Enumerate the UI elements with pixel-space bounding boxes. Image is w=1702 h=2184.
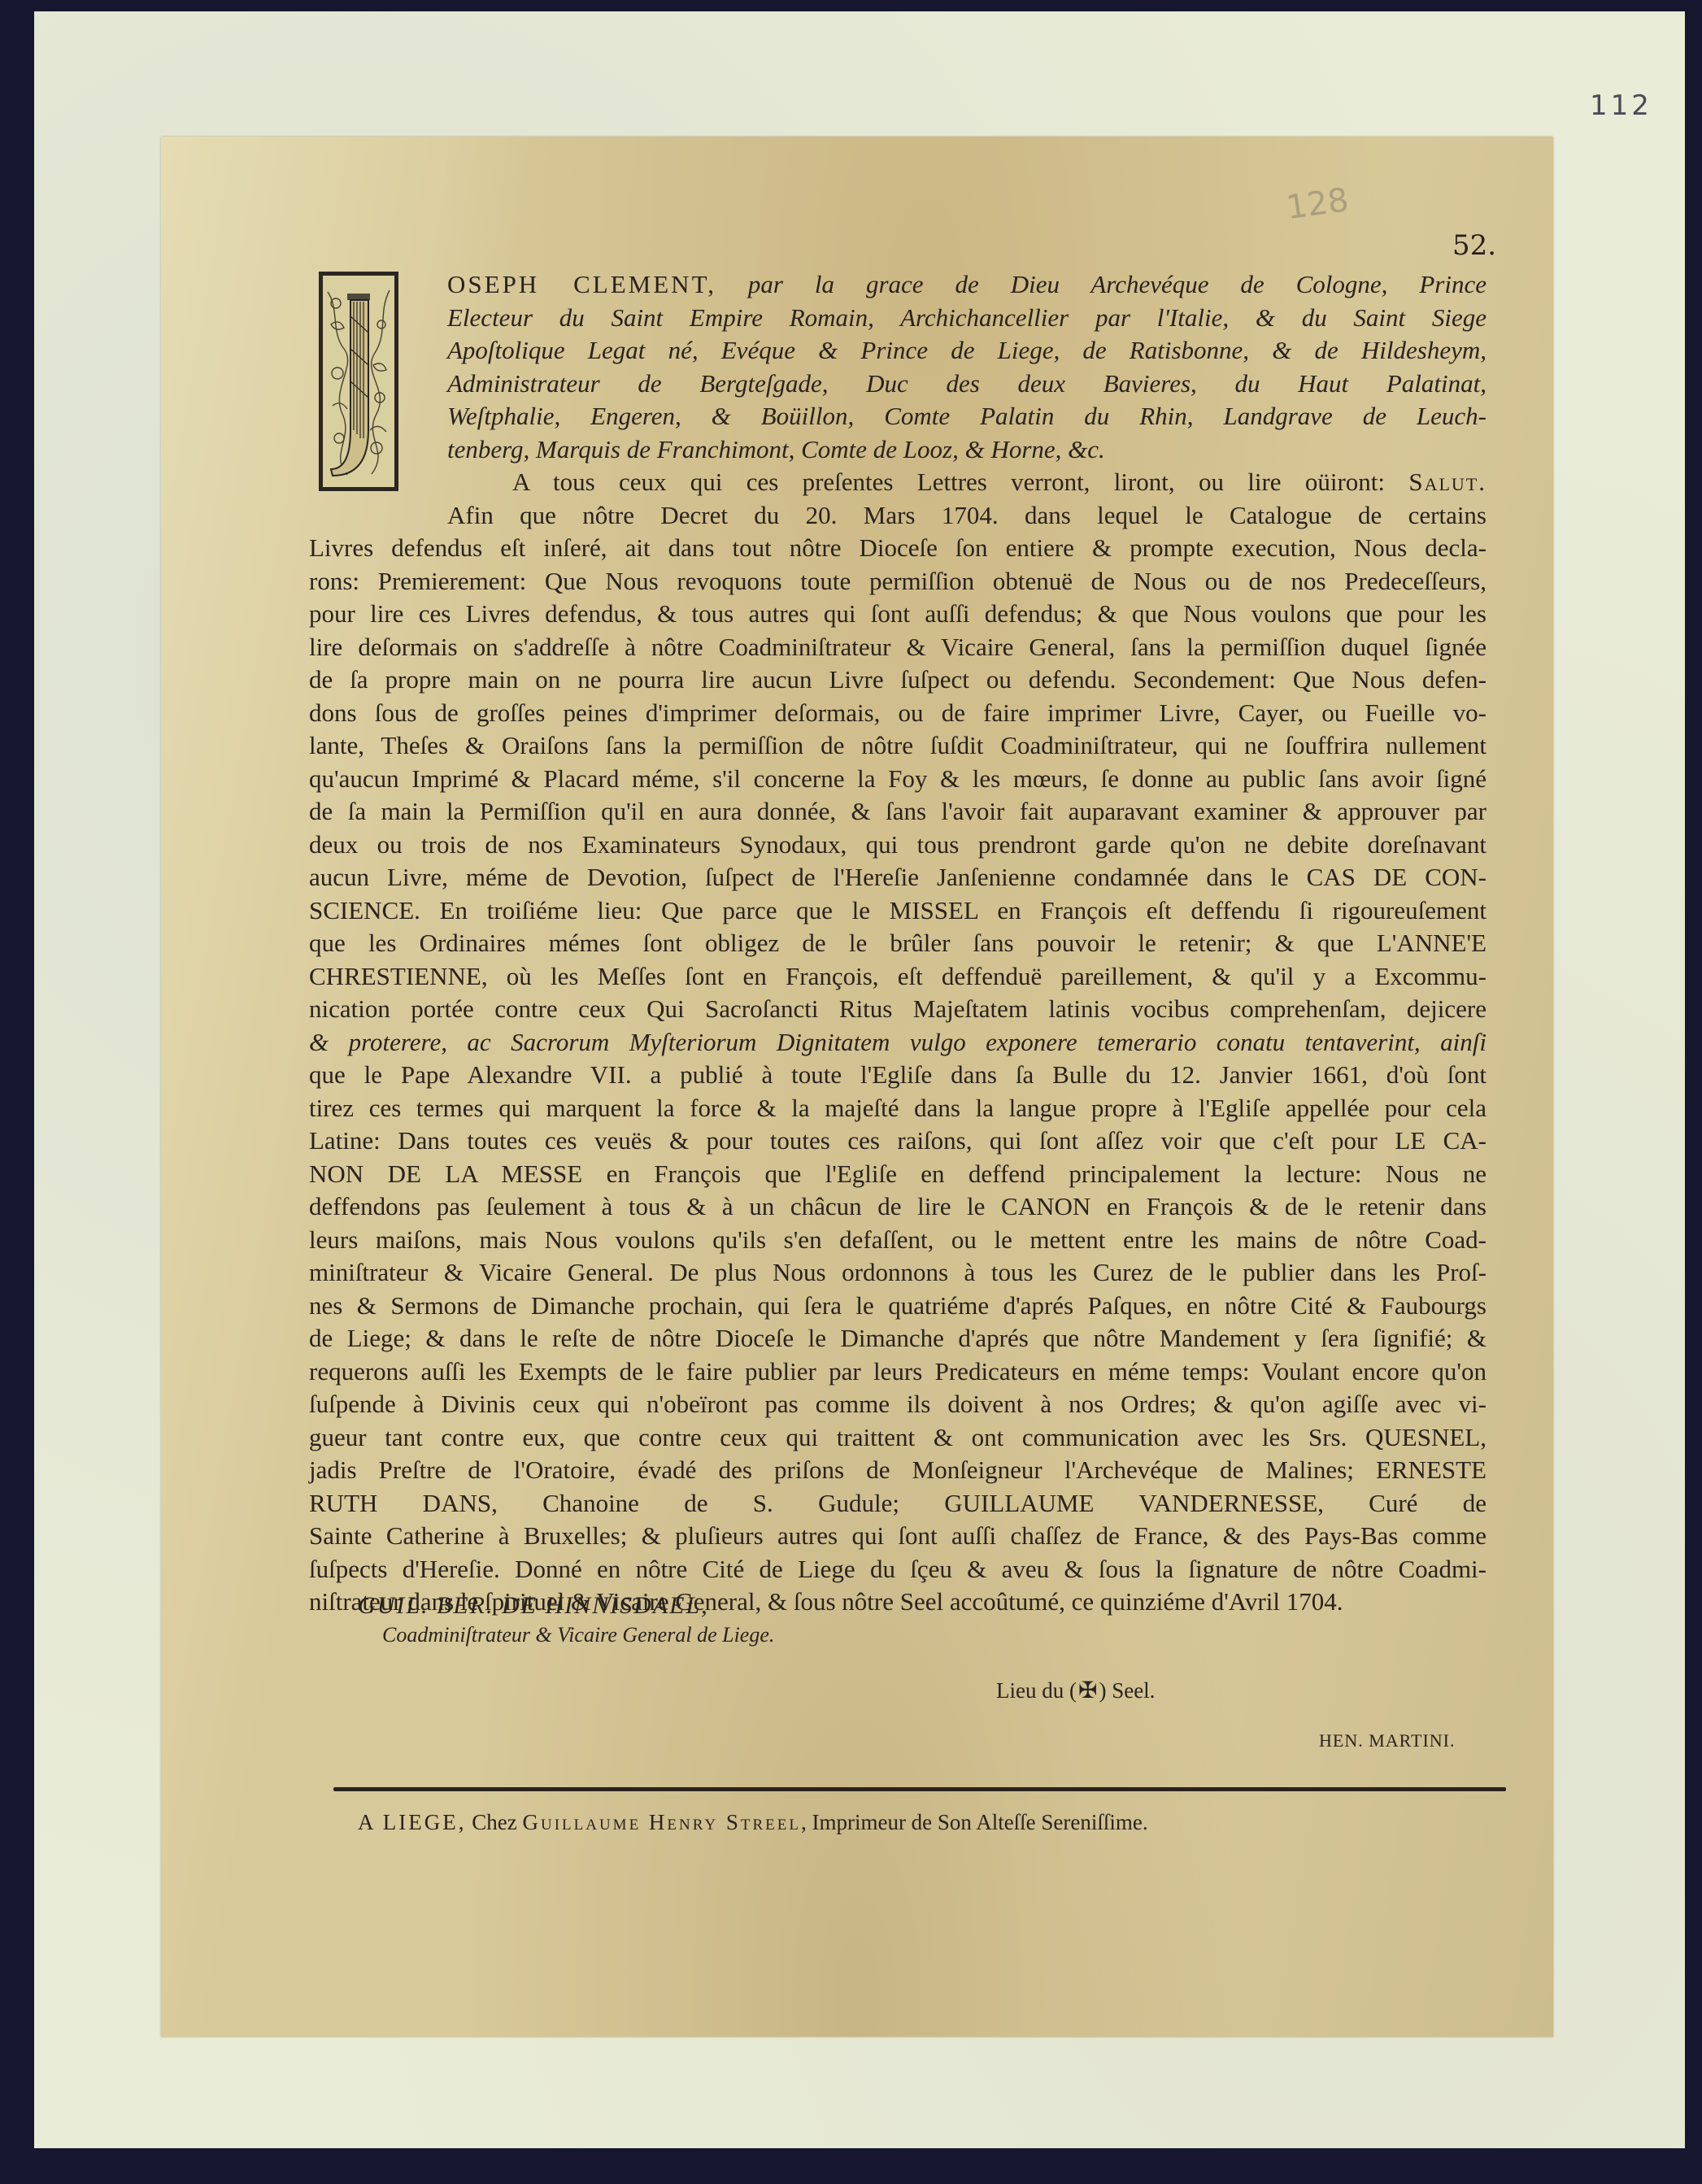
printer-imprint: A LIEGE, Chez Guillaume Henry Streel, Im… bbox=[358, 1810, 1148, 1835]
salutation-text: A tous ceux qui ces preſentes Lettres ve… bbox=[512, 468, 1408, 496]
heading-line: tenberg, Marquis de Franchimont, Comte d… bbox=[447, 433, 1487, 467]
body-line: lante, Theſes & Oraiſons ſans la permiſſ… bbox=[309, 729, 1487, 763]
body-line: tirez ces termes qui marquent la force &… bbox=[309, 1092, 1487, 1125]
divider-rule bbox=[333, 1787, 1506, 1791]
body-line: deux ou trois de nos Examinateurs Synoda… bbox=[309, 829, 1487, 862]
body-line: rons: Premierement: Que Nous revoquons t… bbox=[309, 565, 1487, 598]
body-line: nes & Sermons de Dimanche prochain, qui … bbox=[309, 1290, 1487, 1323]
heading: OSEPH CLEMENT, par la grace de Dieu Arch… bbox=[309, 268, 1487, 466]
archbishop-name: OSEPH CLEMENT, bbox=[447, 270, 716, 298]
heading-line: Weſtphalie, Engeren, & Boüillon, Comte P… bbox=[447, 400, 1487, 433]
heading-line: Administrateur de Bergteſgade, Duc des d… bbox=[447, 368, 1487, 401]
salutation: A tous ceux qui ces preſentes Lettres ve… bbox=[309, 466, 1487, 499]
body-line: qu'aucun Imprimé & Placard méme, s'il co… bbox=[309, 763, 1487, 796]
body-line: CHRESTIENNE, où les Meſſes ſont en Franç… bbox=[309, 960, 1487, 994]
heading-line: OSEPH CLEMENT, par la grace de Dieu Arch… bbox=[447, 268, 1487, 302]
seal-text-before: Lieu du ( bbox=[996, 1678, 1077, 1703]
body-line: nication portée contre ceux Qui Sacroſan… bbox=[309, 993, 1487, 1026]
salut-word: Salut. bbox=[1408, 468, 1487, 496]
body-line: que le Pape Alexandre VII. a publié à to… bbox=[309, 1059, 1487, 1092]
secretary-signature: HEN. MARTINI. bbox=[1319, 1730, 1456, 1751]
maltese-cross-icon: ✠ bbox=[1078, 1677, 1097, 1704]
catalog-number: 112 bbox=[1590, 89, 1652, 122]
body-line-latin: & proterere, ac Sacrorum Myſteriorum Dig… bbox=[309, 1026, 1487, 1059]
seal-place: Lieu du (✠) Seel. bbox=[996, 1677, 1155, 1704]
body-line: requerons auſſi les Exempts de le faire … bbox=[309, 1355, 1487, 1389]
body-line: NON DE LA MESSE en François que l'Egliſe… bbox=[309, 1158, 1487, 1191]
heading-line: Apoſtolique Legat né, Evéque & Prince de… bbox=[447, 334, 1487, 368]
body-line: leurs maiſons, mais Nous voulons qu'ils … bbox=[309, 1224, 1487, 1257]
body-line: ſuſpende à Divinis ceux qui n'obeïront p… bbox=[309, 1388, 1487, 1421]
signatory-title: Coadminiſtrateur & Vicaire General de Li… bbox=[358, 1623, 774, 1647]
body-line: aucun Livre, méme de Devotion, ſuſpect d… bbox=[309, 861, 1487, 894]
body-line: SCIENCE. En troiſiéme lieu: Que parce qu… bbox=[309, 894, 1487, 928]
heading-line: Electeur du Saint Empire Romain, Archich… bbox=[447, 302, 1487, 335]
imprint-chez: Chez bbox=[466, 1810, 522, 1834]
body-line: que les Ordinaires mémes ſont obligez de… bbox=[309, 927, 1487, 960]
body-line: Afin que nôtre Decret du 20. Mars 1704. … bbox=[309, 499, 1487, 533]
signatory-name: GUIL. BER. DE HINNISDAEL, bbox=[358, 1592, 774, 1620]
imprint-title: , Imprimeur de Son Alteſſe Sereniſſime. bbox=[801, 1810, 1148, 1834]
body-line: jadis Preſtre de l'Oratoire, évadé des p… bbox=[309, 1454, 1487, 1487]
body-line: ſuſpects d'Hereſie. Donné en nôtre Cité … bbox=[309, 1553, 1487, 1586]
body-line: gueur tant contre eux, que contre ceux q… bbox=[309, 1421, 1487, 1455]
body-line: pour lire ces Livres defendus, & tous au… bbox=[309, 598, 1487, 631]
heading-italic: par la grace de Dieu Archevéque de Colog… bbox=[716, 270, 1487, 298]
imprint-place: A LIEGE, bbox=[358, 1810, 466, 1834]
body-line: de ſa propre main on ne pourra lire aucu… bbox=[309, 663, 1487, 697]
body-line: de ſa main la Permiſſion qu'il en aura d… bbox=[309, 795, 1487, 829]
body-line: Sainte Catherine à Bruxelles; & pluſieur… bbox=[309, 1520, 1487, 1553]
decree-text: OSEPH CLEMENT, par la grace de Dieu Arch… bbox=[309, 268, 1487, 1619]
signature-block: GUIL. BER. DE HINNISDAEL, Coadminiſtrate… bbox=[358, 1592, 774, 1647]
body-line: dons ſous de groſſes peines d'imprimer d… bbox=[309, 697, 1487, 730]
body-line: Latine: Dans toutes ces veuës & pour tou… bbox=[309, 1125, 1487, 1158]
body-line: RUTH DANS, Chanoine de S. Gudule; GUILLA… bbox=[309, 1487, 1487, 1521]
folio-number: 52. bbox=[1452, 229, 1496, 262]
body-line: lire deſormais on s'addreſſe à nôtre Coa… bbox=[309, 631, 1487, 664]
body-line: Livres defendus eſt inſeré, ait dans tou… bbox=[309, 532, 1487, 565]
body-line: de Liege; & dans le reſte de nôtre Dioce… bbox=[309, 1322, 1487, 1355]
imprint-printer: Guillaume Henry Streel bbox=[522, 1810, 801, 1834]
body-line: miniſtrateur & Vicaire General. De plus … bbox=[309, 1256, 1487, 1290]
seal-text-after: ) Seel. bbox=[1099, 1678, 1155, 1703]
body-line: deffendons pas ſeulement à tous & à un c… bbox=[309, 1190, 1487, 1224]
